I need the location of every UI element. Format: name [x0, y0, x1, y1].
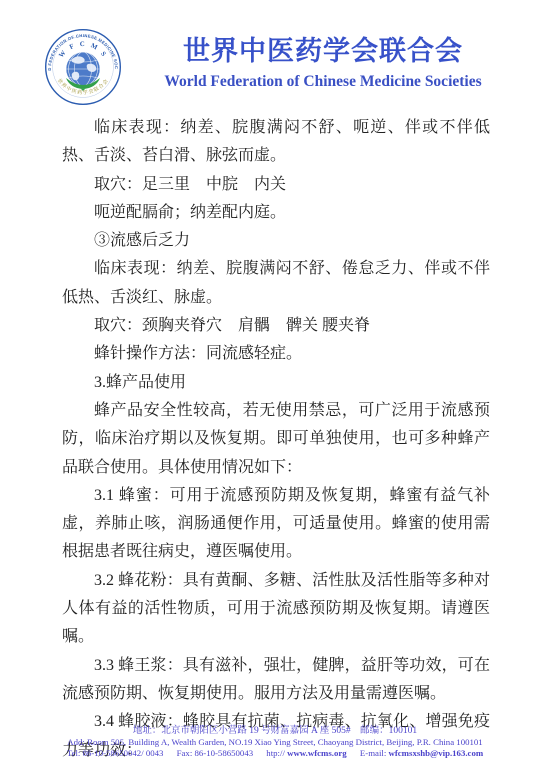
paragraph: 3.3 蜂王浆：具有滋补，强壮，健脾，益肝等功效，可在流感预防期、恢复期使用。服… — [62, 652, 490, 709]
paragraph: 蜂针操作方法：同流感轻症。 — [62, 340, 490, 368]
letterhead-page: WORLD FEDERATION OF CHINESE MEDICINE SOC… — [0, 0, 550, 777]
document-body: 临床表现：纳差、脘腹满闷不舒、呃逆、伴或不伴低热、舌淡、苔白滑、脉弦而虚。取穴：… — [62, 114, 490, 765]
footer-line: 地址：北京市朝阳区小营路 19 号财富嘉园 A 座 505# 邮编：100101 — [0, 726, 550, 737]
paragraph: 蜂产品安全性较高，若无使用禁忌，可广泛用于流感预防，临床治疗期以及恢复期。即可单… — [62, 397, 490, 482]
paragraph: 3.蜂产品使用 — [62, 369, 490, 397]
paragraph: 3.2 蜂花粉：具有黄酮、多糖、活性肽及活性脂等多种对人体有益的活性物质，可用于… — [62, 567, 490, 652]
org-titles: 世界中医药学会联合会 World Federation of Chinese M… — [118, 36, 528, 90]
paragraph: 取穴：足三里 中脘 内关 — [62, 171, 490, 199]
footer-line: Add: Room 505, Building A, Wealth Garden… — [0, 737, 550, 748]
paragraph: ③流感后乏力 — [62, 227, 490, 255]
org-name-chinese: 世界中医药学会联合会 — [118, 36, 528, 66]
letterhead-footer: 地址：北京市朝阳区小营路 19 号财富嘉园 A 座 505# 邮编：100101… — [0, 726, 550, 758]
paragraph: 临床表现：纳差、脘腹满闷不舒、倦怠乏力、伴或不伴低热、舌淡红、脉虚。 — [62, 255, 490, 312]
footer-line: Tel: 86-10-58650042/ 0043 Fax: 86-10-586… — [0, 748, 550, 759]
paragraph: 取穴：颈胸夹脊穴 肩髃 髀关 腰夹脊 — [62, 312, 490, 340]
paragraph: 3.1 蜂蜜：可用于流感预防期及恢复期，蜂蜜有益气补虚，养肺止咳，润肠通便作用，… — [62, 482, 490, 567]
paragraph: 临床表现：纳差、脘腹满闷不舒、呃逆、伴或不伴低热、舌淡、苔白滑、脉弦而虚。 — [62, 114, 490, 171]
paragraph: 呃逆配膈俞；纳差配内庭。 — [62, 199, 490, 227]
org-name-english: World Federation of Chinese Medicine Soc… — [118, 73, 528, 90]
letterhead-header: WORLD FEDERATION OF CHINESE MEDICINE SOC… — [0, 28, 550, 108]
wfcms-logo-icon: WORLD FEDERATION OF CHINESE MEDICINE SOC… — [44, 28, 122, 106]
